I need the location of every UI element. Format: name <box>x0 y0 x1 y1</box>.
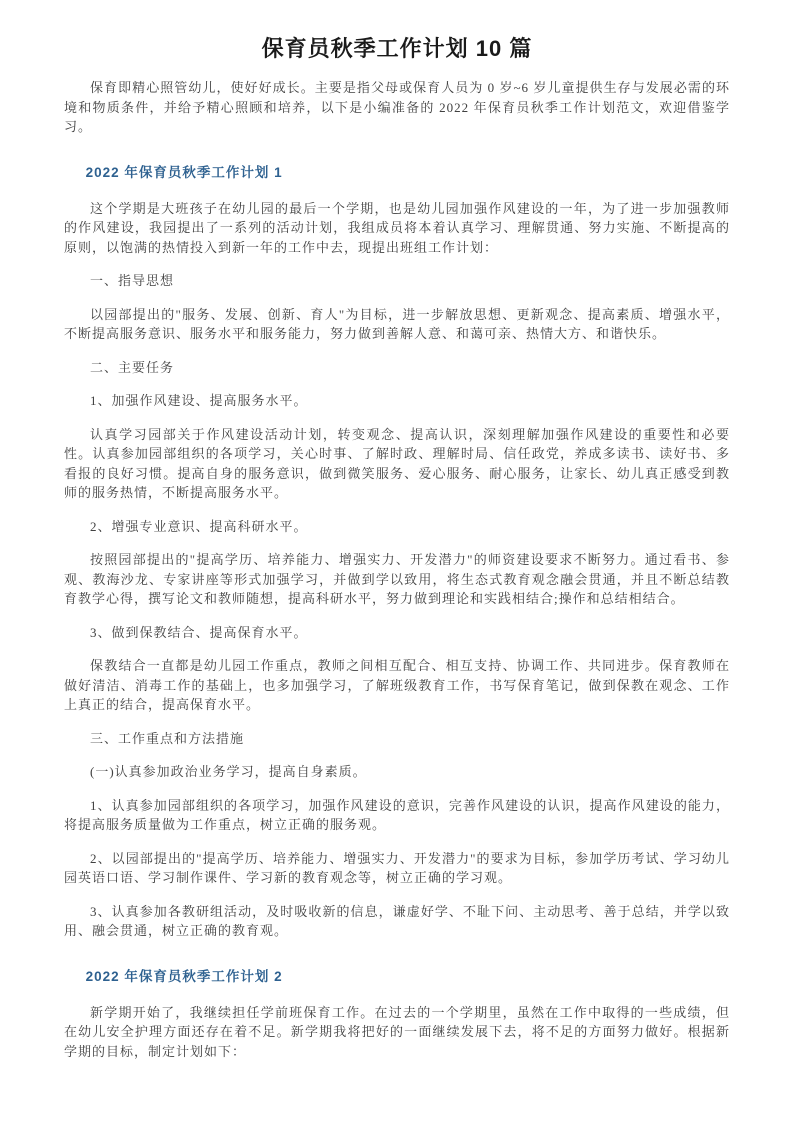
document-title: 保育员秋季工作计划 10 篇 <box>64 34 730 64</box>
paragraph: 3、做到保教结合、提高保育水平。 <box>64 623 730 643</box>
paragraph: 2、增强专业意识、提高科研水平。 <box>64 517 730 537</box>
paragraph: (一)认真参加政治业务学习，提高自身素质。 <box>64 762 730 782</box>
document-page: 保育员秋季工作计划 10 篇 保育即精心照管幼儿，使好好成长。主要是指父母或保育… <box>0 0 794 1123</box>
paragraph: 1、认真参加园部组织的各项学习，加强作风建设的意识，完善作风建设的认识，提高作风… <box>64 796 730 835</box>
paragraph: 3、认真参加各教研组活动，及时吸收新的信息，谦虚好学、不耻下问、主动思考、善于总… <box>64 902 730 941</box>
paragraph: 以园部提出的"服务、发展、创新、育人"为目标，进一步解放思想、更新观念、提高素质… <box>64 305 730 344</box>
paragraph: 1、加强作风建设、提高服务水平。 <box>64 391 730 411</box>
paragraph: 保教结合一直都是幼儿园工作重点，教师之间相互配合、相互支持、协调工作、共同进步。… <box>64 656 730 715</box>
section-heading: 2022 年保育员秋季工作计划 1 <box>64 163 730 183</box>
paragraph: 二、主要任务 <box>64 358 730 378</box>
paragraph: 三、工作重点和方法措施 <box>64 729 730 749</box>
paragraph: 按照园部提出的"提高学历、培养能力、增强实力、开发潜力"的师资建设要求不断努力。… <box>64 550 730 609</box>
document-body: 保育即精心照管幼儿，使好好成长。主要是指父母或保育人员为 0 岁~6 岁儿童提供… <box>64 78 730 1061</box>
paragraph: 保育即精心照管幼儿，使好好成长。主要是指父母或保育人员为 0 岁~6 岁儿童提供… <box>64 78 730 137</box>
paragraph: 新学期开始了，我继续担任学前班保育工作。在过去的一个学期里，虽然在工作中取得的一… <box>64 1003 730 1062</box>
section-heading: 2022 年保育员秋季工作计划 2 <box>64 967 730 987</box>
paragraph: 这个学期是大班孩子在幼儿园的最后一个学期，也是幼儿园加强作风建设的一年，为了进一… <box>64 199 730 258</box>
paragraph: 2、以园部提出的"提高学历、培养能力、增强实力、开发潜力"的要求为目标，参加学历… <box>64 849 730 888</box>
paragraph: 认真学习园部关于作风建设活动计划，转变观念、提高认识，深刻理解加强作风建设的重要… <box>64 425 730 503</box>
paragraph: 一、指导思想 <box>64 271 730 291</box>
